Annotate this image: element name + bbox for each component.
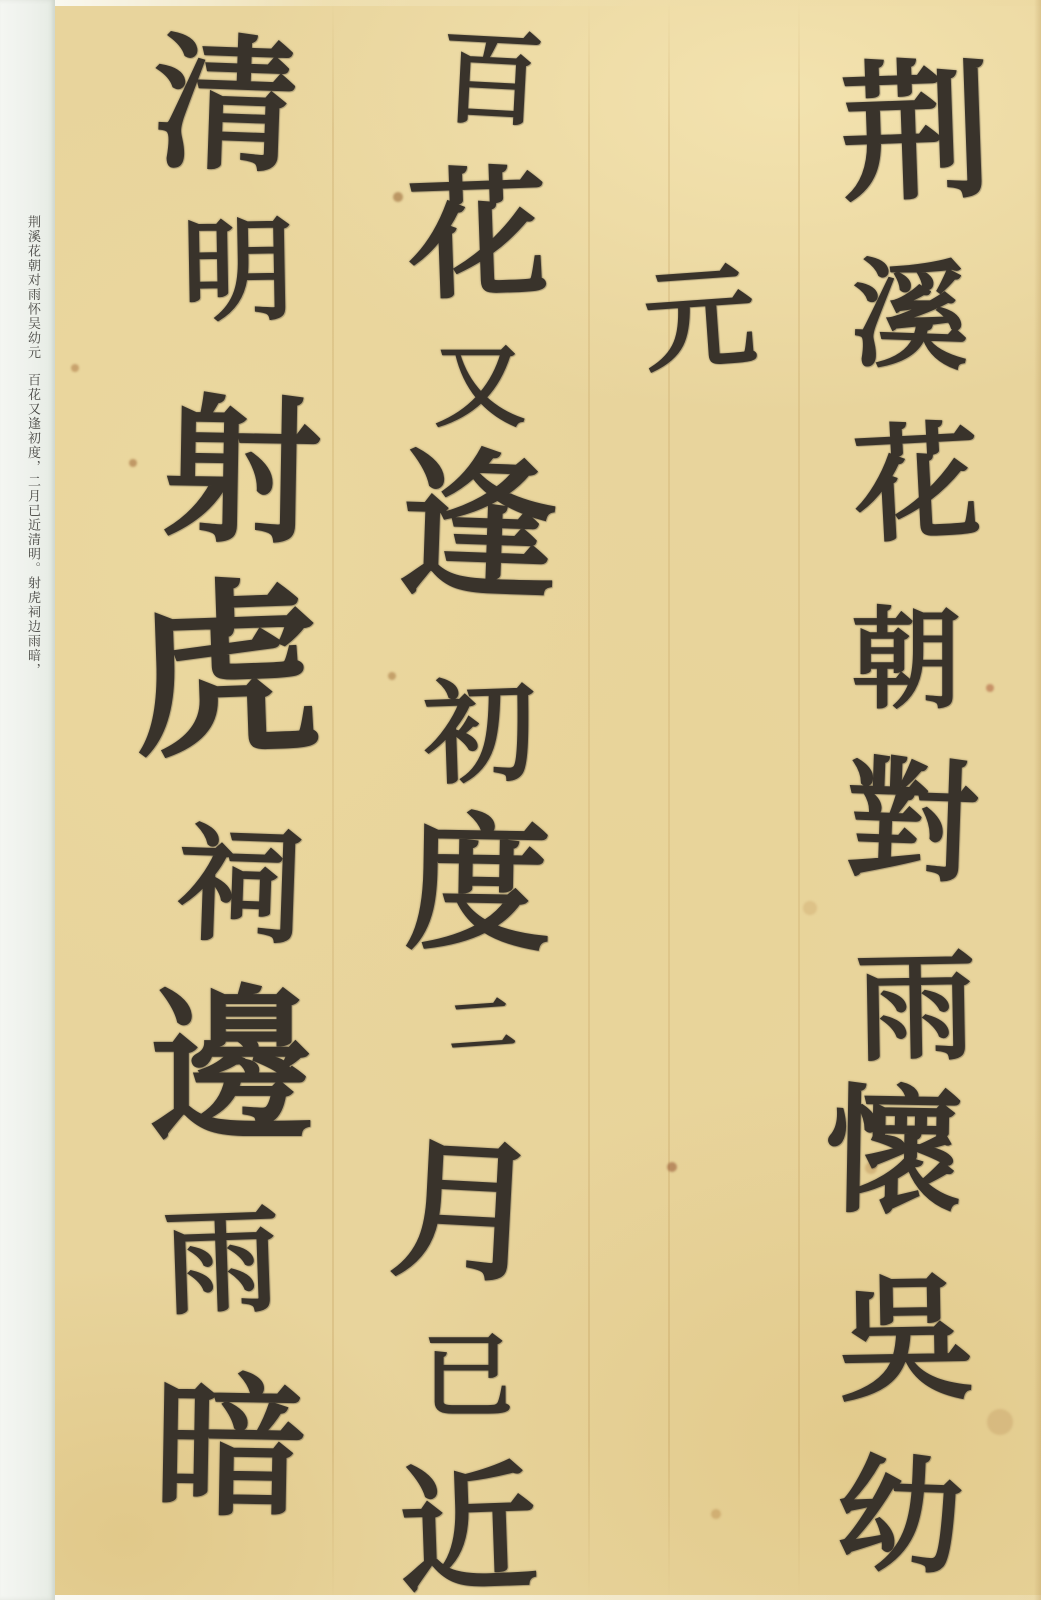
paper-edge-right bbox=[1034, 0, 1041, 1600]
calligraphy-char: 朝 bbox=[851, 605, 961, 715]
crease-line bbox=[588, 0, 590, 1600]
calligraphy-char: 花 bbox=[851, 418, 983, 550]
calligraphy-char: 度 bbox=[404, 812, 553, 961]
foxing-spot bbox=[393, 192, 403, 202]
calligraphy-char: 雨 bbox=[855, 947, 977, 1069]
calligraphy-char: 幼 bbox=[835, 1451, 965, 1581]
foxing-spot bbox=[71, 364, 79, 372]
calligraphy-char: 百 bbox=[438, 26, 545, 133]
calligraphy-char: 射 bbox=[162, 393, 323, 554]
calligraphy-char: 二 bbox=[446, 990, 519, 1063]
paper-edge-top bbox=[55, 0, 1041, 6]
caption-poem-title: 荆溪花朝对雨怀吴幼元 bbox=[26, 215, 41, 360]
calligraphy-char: 對 bbox=[844, 755, 981, 892]
calligraphy-char: 吳 bbox=[837, 1271, 975, 1409]
calligraphy-char: 月 bbox=[386, 1132, 546, 1292]
crease-line bbox=[798, 0, 800, 1600]
crease-line bbox=[668, 0, 670, 1600]
calligraphy-char: 溪 bbox=[849, 255, 971, 377]
calligraphy-char: 雨 bbox=[162, 1202, 282, 1322]
calligraphy-char: 元 bbox=[640, 260, 760, 380]
calligraphy-char: 暗 bbox=[153, 1371, 308, 1526]
foxing-spot bbox=[388, 672, 396, 680]
caption-poem-text: 百花又逢初度，二月已近清明。射虎祠边雨暗， bbox=[26, 373, 41, 678]
calligraphy-char: 已 bbox=[422, 1330, 514, 1422]
foxing-spot bbox=[667, 1162, 677, 1172]
left-margin: 荆溪花朝对雨怀吴幼元百花又逢初度，二月已近清明。射虎祠边雨暗， bbox=[0, 0, 55, 1600]
calligraphy-char: 虎 bbox=[129, 575, 323, 769]
foxing-spot bbox=[987, 1409, 1013, 1435]
calligraphy-char: 又 bbox=[434, 340, 526, 432]
foxing-spot bbox=[711, 1509, 721, 1519]
calligraphy-char: 祠 bbox=[175, 821, 305, 951]
foxing-spot bbox=[129, 459, 137, 467]
crease-line bbox=[332, 0, 334, 1600]
calligraphy-char: 逢 bbox=[396, 446, 559, 609]
calligraphy-char: 懷 bbox=[824, 1082, 964, 1222]
calligraphy-char: 近 bbox=[397, 1459, 540, 1600]
margin-caption: 荆溪花朝对雨怀吴幼元百花又逢初度，二月已近清明。射虎祠边雨暗， bbox=[27, 215, 40, 678]
calligraphy-char: 荆 bbox=[838, 55, 993, 210]
paper-edge-bottom bbox=[55, 1595, 1041, 1600]
calligraphy-char: 清 bbox=[150, 30, 301, 181]
foxing-spot bbox=[803, 901, 817, 915]
book-page: 荆溪花朝對雨懷吳幼元百花又逢初度二月已近清明射虎祠邊雨暗 荆溪花朝对雨怀吴幼元百… bbox=[0, 0, 1041, 1600]
calligraphy-char: 明 bbox=[181, 215, 295, 329]
calligraphy-char: 初 bbox=[422, 676, 538, 792]
calligraphy-char: 邊 bbox=[150, 984, 314, 1148]
foxing-spot bbox=[986, 684, 994, 692]
calligraphy-char: 花 bbox=[406, 164, 551, 309]
